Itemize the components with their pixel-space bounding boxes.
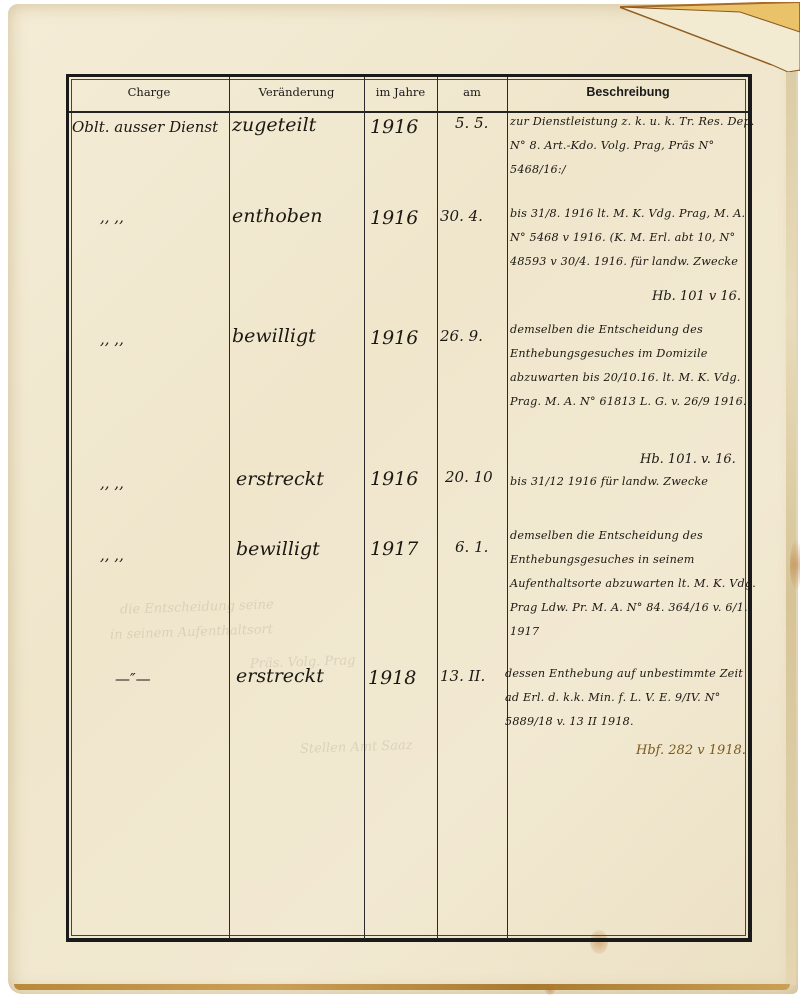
cell-am: 20. 10 bbox=[445, 468, 493, 486]
cell-am: 6. 1. bbox=[455, 538, 488, 556]
cell-beschreibung: demselben die Entscheidung des Enthebung… bbox=[510, 524, 756, 644]
table-header: Charge Veränderung im Jahre am Beschreib… bbox=[69, 77, 748, 113]
cell-beschreibung: dessen Enthebung auf unbestimmte Zeit ad… bbox=[505, 662, 751, 734]
cell-im-jahre: 1916 bbox=[370, 468, 418, 490]
cell-charge: —″— bbox=[115, 670, 151, 688]
column-divider bbox=[507, 77, 508, 939]
cell-beschreibung: bis 31/8. 1916 lt. M. K. Vdg. Prag, M. A… bbox=[510, 202, 756, 274]
cell-veraenderung: bewilligt bbox=[232, 325, 316, 347]
cell-am: 5. 5. bbox=[455, 114, 488, 132]
column-header-charge: Charge bbox=[69, 85, 229, 105]
stain bbox=[545, 985, 555, 995]
cell-reference: Hb. 101 v 16. bbox=[652, 289, 741, 304]
cell-reference: Hb. 101. v. 16. bbox=[640, 452, 736, 467]
cell-charge: ,, ,, bbox=[100, 546, 124, 564]
cell-veraenderung: zugeteilt bbox=[232, 114, 316, 136]
cell-veraenderung: enthoben bbox=[232, 205, 322, 227]
column-divider bbox=[437, 77, 438, 939]
column-header-beschreibung: Beschreibung bbox=[507, 85, 749, 105]
cell-veraenderung: erstreckt bbox=[236, 468, 324, 490]
page-edge-bottom bbox=[14, 984, 790, 990]
cell-am: 30. 4. bbox=[440, 207, 483, 225]
column-divider bbox=[229, 77, 230, 939]
cell-am: 13. II. bbox=[440, 667, 485, 685]
cell-reference: Hbf. 282 v 1918. bbox=[636, 743, 746, 758]
cell-veraenderung: bewilligt bbox=[236, 538, 320, 560]
stain bbox=[790, 540, 800, 590]
column-header-am: am bbox=[437, 85, 507, 105]
cell-im-jahre: 1917 bbox=[370, 538, 418, 560]
cell-im-jahre: 1916 bbox=[370, 327, 418, 349]
cell-im-jahre: 1916 bbox=[370, 116, 418, 138]
cell-charge: ,, ,, bbox=[100, 208, 124, 226]
cell-beschreibung: zur Dienstleistung z. k. u. k. Tr. Res. … bbox=[510, 110, 756, 182]
column-header-veraenderung: Veränderung bbox=[229, 85, 364, 105]
column-header-im-jahre: im Jahre bbox=[364, 85, 437, 105]
cell-charge: ,, ,, bbox=[100, 474, 124, 492]
cell-am: 26. 9. bbox=[440, 327, 483, 345]
folded-corner bbox=[620, 2, 800, 72]
page-edge-right bbox=[786, 20, 796, 985]
cell-charge: Oblt. ausser Dienst bbox=[72, 118, 218, 136]
cell-charge: ,, ,, bbox=[100, 330, 124, 348]
cell-im-jahre: 1918 bbox=[368, 667, 416, 689]
cell-im-jahre: 1916 bbox=[370, 207, 418, 229]
column-divider bbox=[364, 77, 365, 939]
cell-beschreibung: bis 31/12 1916 für landw. Zwecke bbox=[510, 470, 756, 494]
cell-beschreibung: demselben die Entscheidung des Enthebung… bbox=[510, 318, 756, 414]
cell-veraenderung: erstreckt bbox=[236, 665, 324, 687]
